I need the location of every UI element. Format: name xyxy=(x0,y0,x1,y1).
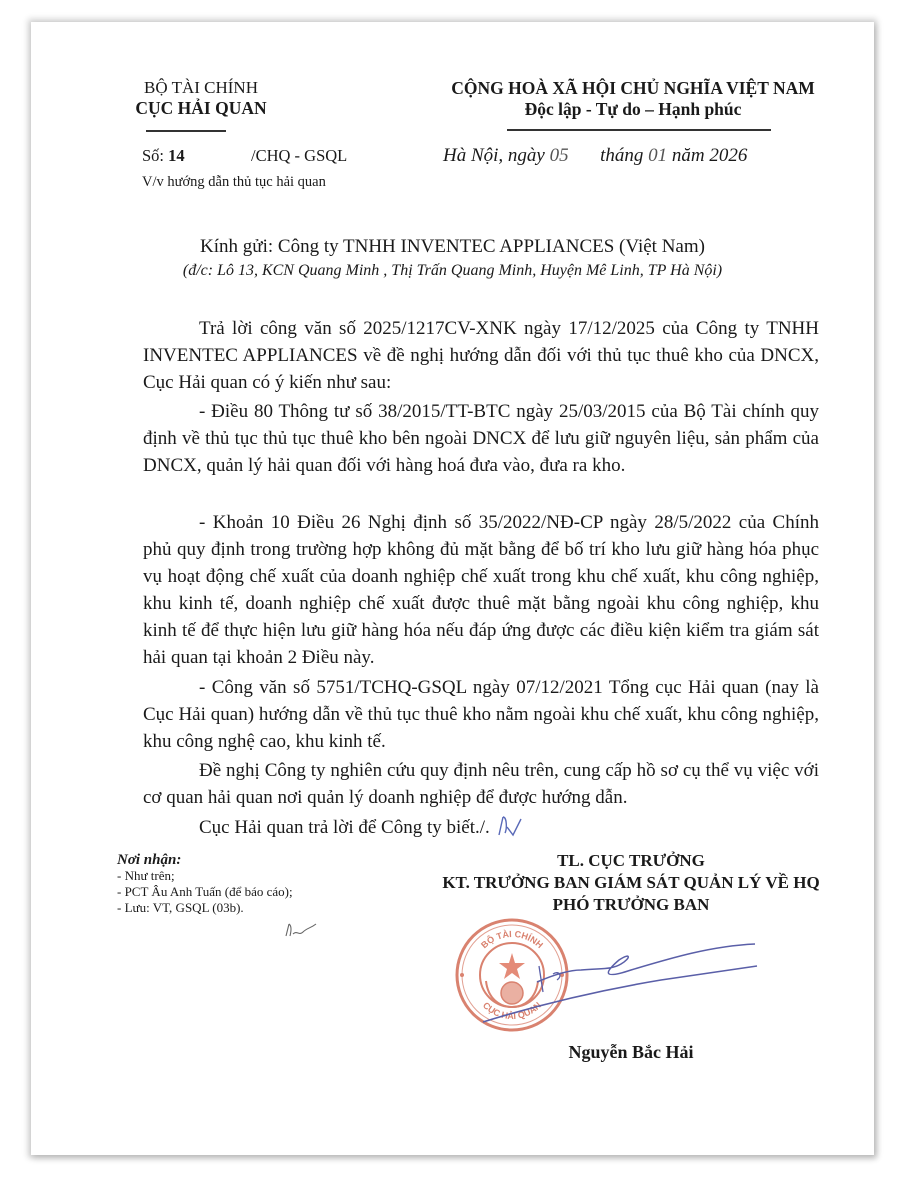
document-number: Số: 14 xyxy=(142,146,185,166)
recipient-item: - PCT Âu Anh Tuấn (để báo cáo); xyxy=(117,884,293,900)
body-paragraph-5: Đề nghị Công ty nghiên cứu quy định nêu … xyxy=(143,757,819,811)
recipients-block: Nơi nhận: - Như trên; - PCT Âu Anh Tuấn … xyxy=(117,852,293,916)
date-month-label: tháng xyxy=(600,145,643,166)
date-month: 01 xyxy=(648,145,667,166)
date-day: 05 xyxy=(550,145,569,166)
agency-name: CỤC HẢI QUAN xyxy=(31,98,371,119)
body-paragraph-6: Cục Hải quan trả lời để Công ty biết./. xyxy=(143,813,819,841)
signature-title-1: TL. CỤC TRƯỞNG xyxy=(411,850,851,872)
number-label: Số: xyxy=(142,146,164,165)
motto: Độc lập - Tự do – Hạnh phúc xyxy=(403,99,863,120)
motto-underline xyxy=(507,129,771,131)
handwritten-signature-icon xyxy=(481,940,761,1030)
document-subject: V/v hướng dẫn thủ tục hải quan xyxy=(142,174,326,191)
body-paragraph-3: - Khoản 10 Điều 26 Nghị định số 35/2022/… xyxy=(143,509,819,671)
body-paragraph-4: - Công văn số 5751/TCHQ-GSQL ngày 07/12/… xyxy=(143,674,819,755)
initials-mark-icon xyxy=(495,813,525,839)
body-paragraph-2: - Điều 80 Thông tư số 38/2015/TT-BTC ngà… xyxy=(143,398,819,479)
signature-title-3: PHÓ TRƯỞNG BAN xyxy=(411,894,851,916)
date-year-label: năm xyxy=(672,145,705,166)
recipient-line: Kính gửi: Công ty TNHH INVENTEC APPLIANC… xyxy=(31,236,874,258)
number-value: 14 xyxy=(168,146,185,165)
recipient-address: (đ/c: Lô 13, KCN Quang Minh , Thị Trấn Q… xyxy=(31,262,874,280)
initials-mark-icon xyxy=(283,920,319,942)
body-paragraph-1: Trả lời công văn số 2025/1217CV-XNK ngày… xyxy=(143,315,819,396)
signer-name: Nguyễn Bắc Hải xyxy=(451,1042,811,1063)
number-suffix: /CHQ - GSQL xyxy=(251,146,347,166)
ministry-name: BỘ TÀI CHÍNH xyxy=(31,78,371,98)
closing-text: Cục Hải quan trả lời để Công ty biết./. xyxy=(199,817,490,838)
document-page: BỘ TÀI CHÍNH CỤC HẢI QUAN Số: 14 /CHQ - … xyxy=(31,22,874,1155)
recipient-item: - Lưu: VT, GSQL (03b). xyxy=(117,900,293,916)
recipient-item: - Như trên; xyxy=(117,868,293,884)
recipients-title: Nơi nhận: xyxy=(117,852,293,868)
issue-date: Hà Nội, ngày 05 tháng 01 năm 2026 xyxy=(443,145,747,167)
date-year: 2026 xyxy=(709,145,747,166)
agency-underline xyxy=(146,130,226,132)
nation-title: CỘNG HOÀ XÃ HỘI CHỦ NGHĨA VIỆT NAM xyxy=(403,78,863,99)
date-prefix: Hà Nội, ngày xyxy=(443,145,545,166)
signature-title-2: KT. TRƯỞNG BAN GIÁM SÁT QUẢN LÝ VỀ HQ xyxy=(411,872,851,894)
